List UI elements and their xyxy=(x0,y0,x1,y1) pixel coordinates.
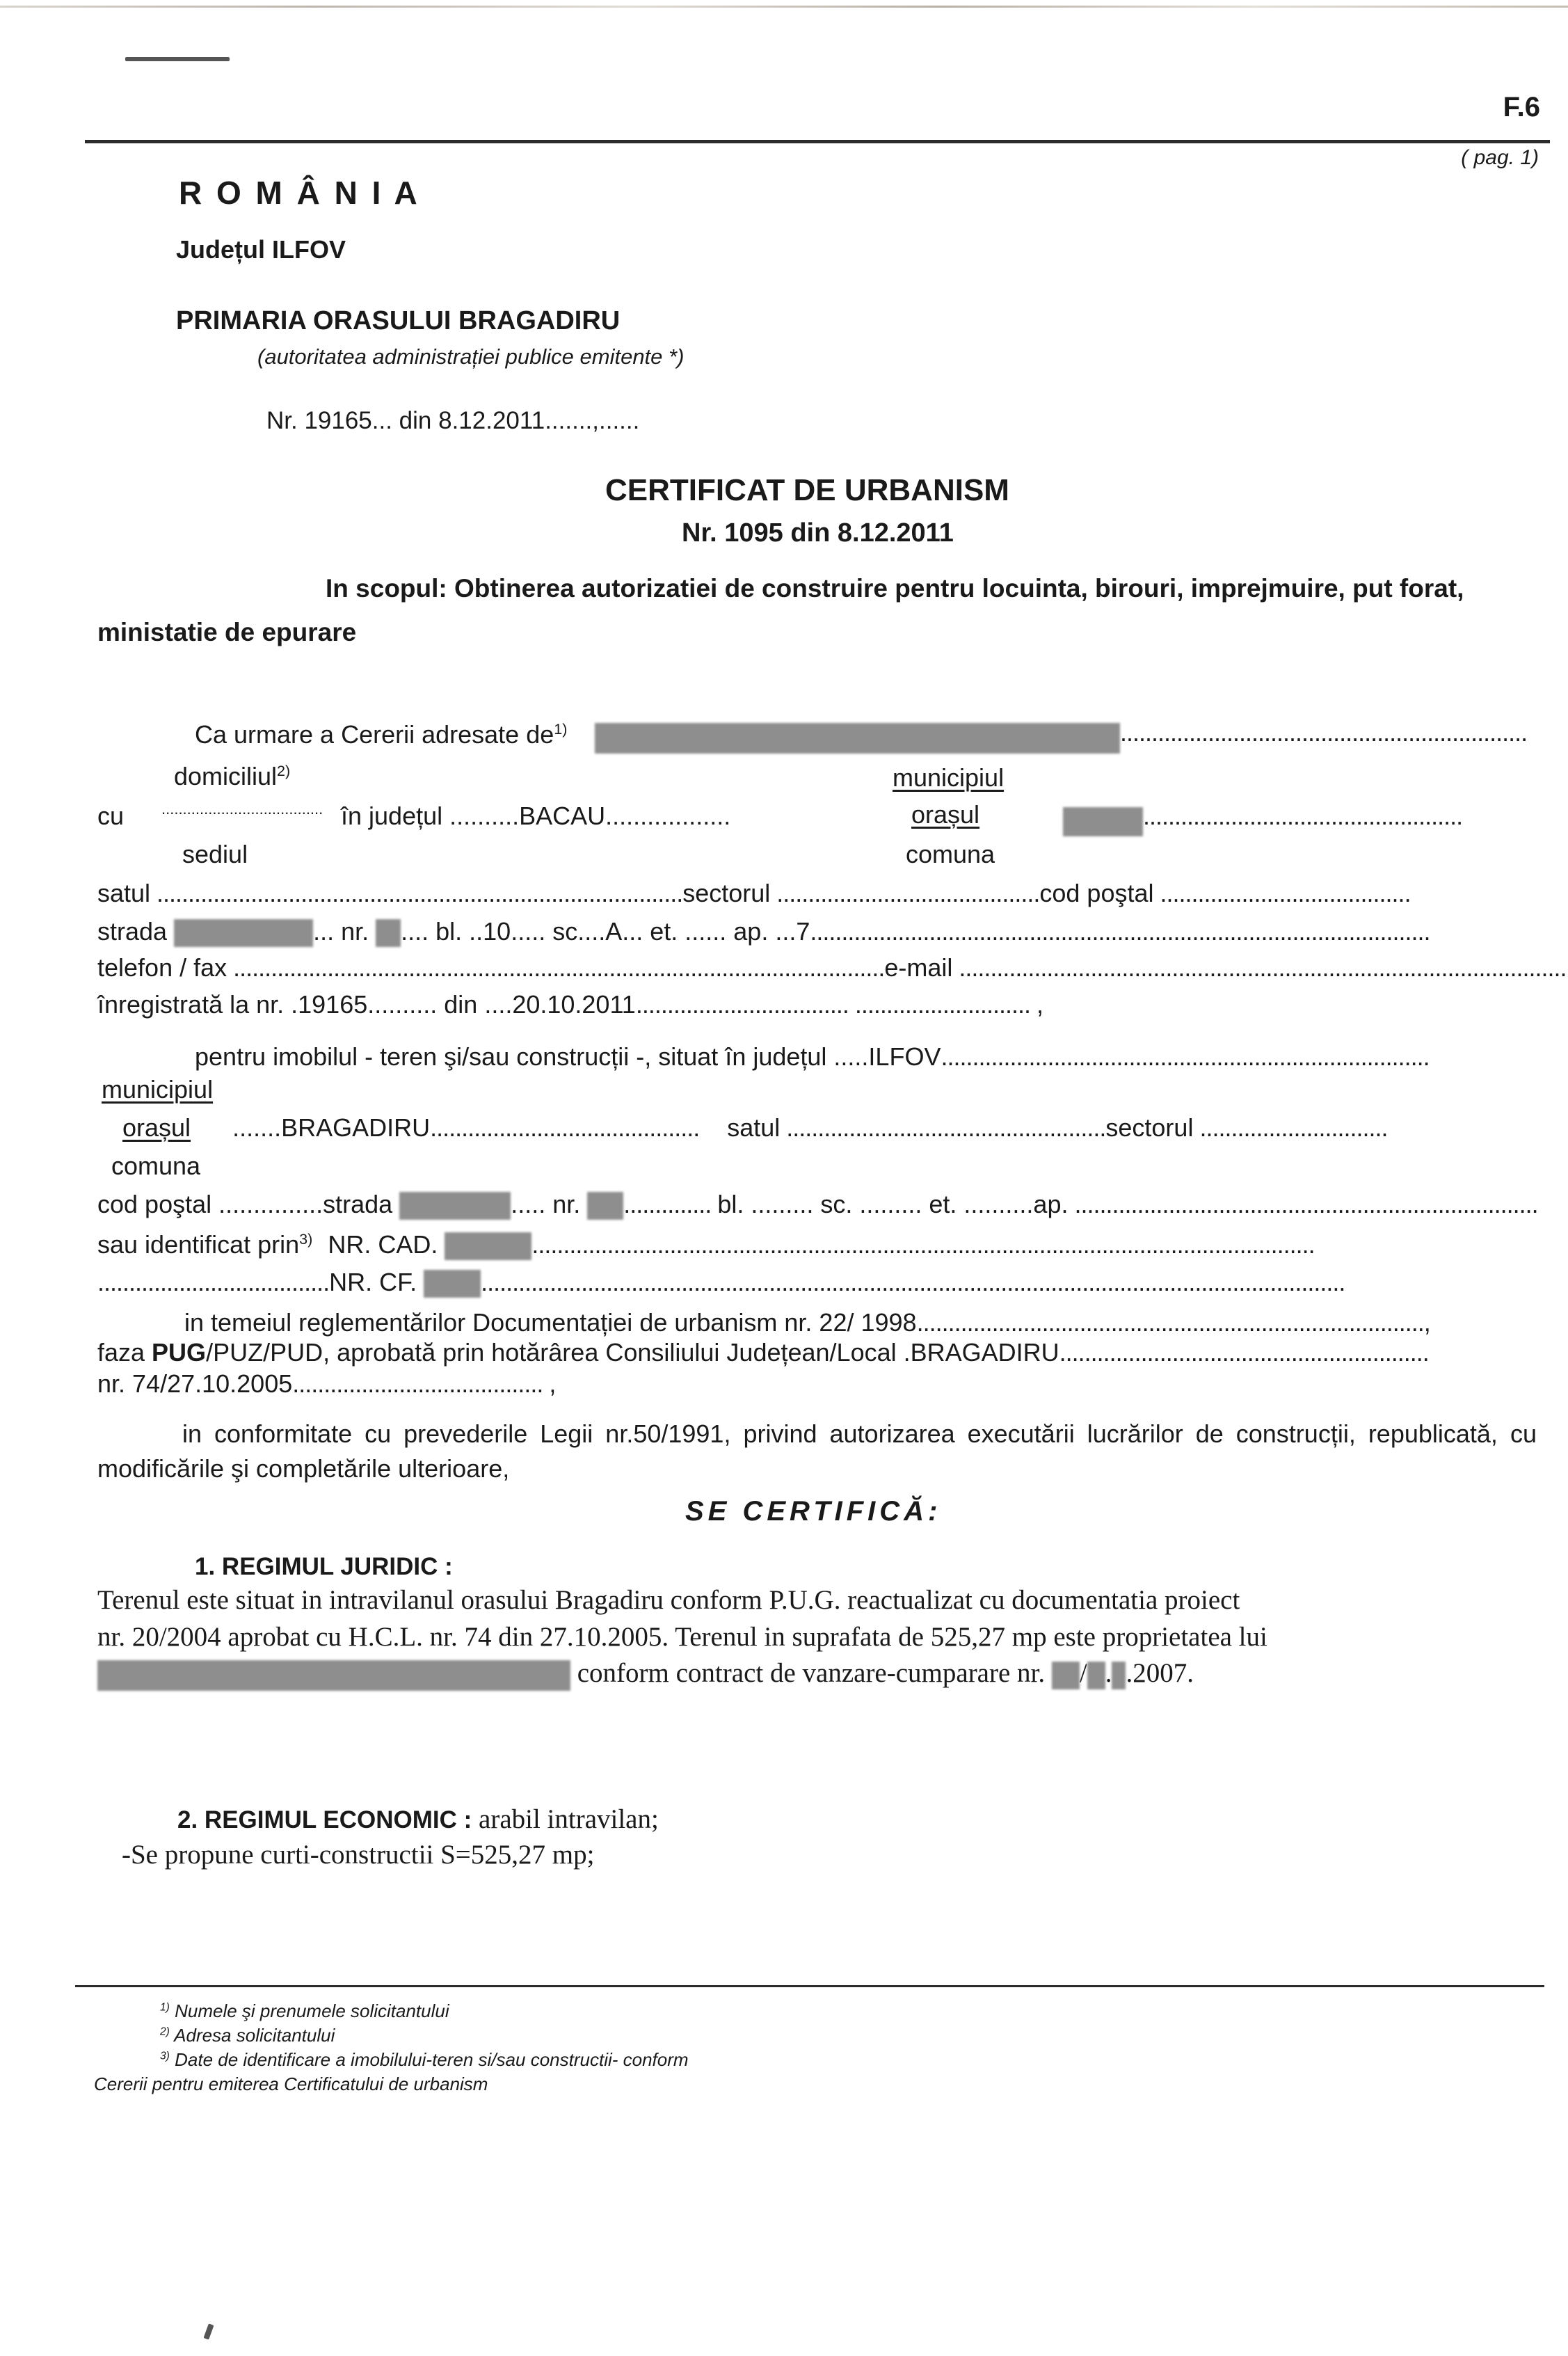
economic-regime-row: 2. REGIMUL ECONOMIC : arabil intravilan; xyxy=(177,1804,659,1835)
conformity-line-1: in conformitate cu prevederile Legii nr.… xyxy=(182,1419,1537,1449)
certificate-number: Nr. 1095 din 8.12.2011 xyxy=(682,518,954,548)
scan-top-edge xyxy=(0,6,1568,8)
orasul-label: orașul xyxy=(911,800,979,829)
footnote-ref-1: 1) xyxy=(554,720,567,738)
redacted-contract-day xyxy=(1087,1662,1105,1689)
footnote-rule xyxy=(75,1985,1544,1987)
scan-mark xyxy=(203,2323,214,2339)
contact-row: telefon / fax ..........................… xyxy=(97,953,1568,982)
applicant-county: în județul ..........BACAU..............… xyxy=(341,802,730,831)
certifies-heading: SE CERTIFICĂ: xyxy=(685,1496,941,1527)
satul-row: satul ..................................… xyxy=(97,879,1411,908)
redacted-street xyxy=(174,919,313,947)
conformity-line-2: modificările şi completările ulterioare, xyxy=(97,1454,509,1483)
comuna-label: comuna xyxy=(906,840,995,869)
applicant-name-field: ........................................… xyxy=(595,718,1527,754)
strada-row: strada ... nr. .... bl. ..10..... sc....… xyxy=(97,917,1430,947)
footnote-1: 1) Numele şi prenumele solicitantului xyxy=(160,2000,449,2022)
authority-name: PRIMARIA ORASULUI BRAGADIRU xyxy=(176,306,620,336)
registration-row: înregistrată la nr. .19165.......... din… xyxy=(97,990,1043,1019)
redacted-contract-number xyxy=(1052,1662,1080,1689)
domicile-label: domiciliul2) xyxy=(174,762,290,791)
municipiul-label: municipiul xyxy=(893,763,1004,793)
applicant-city-field: ........................................… xyxy=(1063,802,1462,836)
county-heading: Județul ILFOV xyxy=(176,235,346,264)
redacted-contract-month xyxy=(1112,1662,1126,1689)
footnote-3: 3) Date de identificare a imobilului-ter… xyxy=(160,2049,689,2071)
authority-note: (autoritatea administrației publice emit… xyxy=(257,344,684,369)
form-code: F.6 xyxy=(1503,92,1540,123)
cu-label: cu xyxy=(97,802,124,831)
sediul-label: sediul xyxy=(182,840,248,869)
redacted-street-number xyxy=(376,919,401,947)
request-intro: Ca urmare a Cererii adresate de1) xyxy=(195,720,567,749)
header-rule xyxy=(85,140,1550,143)
purpose-line-1: In scopul: Obtinerea autorizatiei de con… xyxy=(326,574,1464,603)
redacted-applicant-name xyxy=(595,723,1120,754)
domicile-dots: ...................................... xyxy=(161,800,323,818)
document-title: CERTIFICAT DE URBANISM xyxy=(605,473,1009,508)
property-comuna-label: comuna xyxy=(111,1152,200,1181)
page-label: ( pag. 1) xyxy=(1461,146,1539,170)
property-cad-row: sau identificat prin3) NR. CAD. ........… xyxy=(97,1230,1315,1260)
property-town-row: orașul .......BRAGADIRU.................… xyxy=(122,1113,1388,1143)
economic-regime-line-2: -Se propune curti-constructii S=525,27 m… xyxy=(122,1839,594,1870)
legal-regime-line-1: Terenul este situat in intravilanul oras… xyxy=(97,1584,1240,1616)
redacted-city xyxy=(1063,807,1143,836)
redacted-land-book-number xyxy=(424,1270,481,1298)
property-address-row: cod poştal ...............strada ..... n… xyxy=(97,1190,1538,1220)
footnote-2: 2) Adresa solicitantului xyxy=(160,2025,335,2046)
legal-regime-line-2: nr. 20/2004 aprobat cu H.C.L. nr. 74 din… xyxy=(97,1621,1267,1653)
redacted-property-street xyxy=(399,1192,511,1220)
purpose-line-2: ministatie de epurare xyxy=(97,618,356,647)
property-cf-row: .....................................NR.… xyxy=(97,1268,1345,1298)
redacted-property-number xyxy=(587,1192,623,1220)
redacted-cadastral-number xyxy=(445,1232,531,1260)
legal-regime-line-3: conform contract de vanzare-cumparare nr… xyxy=(97,1657,1194,1691)
request-intro-text: Ca urmare a Cererii adresate de xyxy=(195,720,554,749)
legal-regime-title: 1. REGIMUL JURIDIC : xyxy=(195,1553,453,1581)
registration-number: Nr. 19165... din 8.12.2011.......,...... xyxy=(266,407,639,435)
legal-basis-row: in temeiul reglementărilor Documentației… xyxy=(184,1308,1430,1337)
scan-mark xyxy=(125,57,230,61)
footnote-3-continued: Cererii pentru emiterea Certificatului d… xyxy=(94,2074,488,2095)
country-heading: R O M Â N I A xyxy=(179,174,420,212)
property-intro: pentru imobilul - teren şi/sau construcț… xyxy=(195,1042,1430,1072)
faza-row: faza PUG/PUZ/PUD, aprobată prin hotărâre… xyxy=(97,1338,1429,1367)
hcl-row: nr. 74/27.10.2005.......................… xyxy=(97,1369,555,1399)
redacted-owner-name xyxy=(97,1660,570,1691)
property-municipiul-label: municipiul xyxy=(102,1075,213,1104)
